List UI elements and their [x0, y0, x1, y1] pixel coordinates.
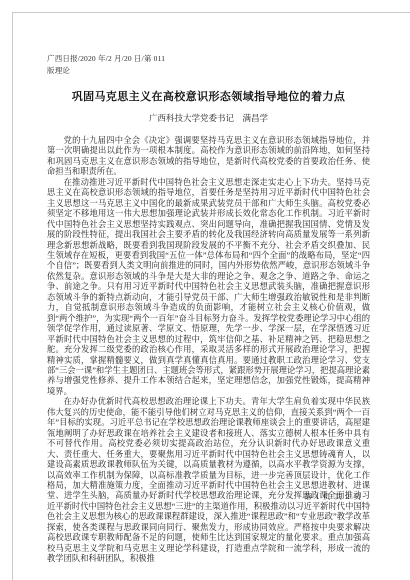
- page-edge-top-line: [12, 12, 410, 13]
- page-number: 第 1 页 共 2 页: [304, 491, 362, 502]
- paragraph: 在推动推进习近平新时代中国特色社会主义思想走深走实走心上下功夫。坚持马克思主义在…: [47, 178, 370, 398]
- paragraph: 在办好办优新时代高校思想政治理论课上下功夫。青年大学生肩负着实现中华民族伟大复兴…: [47, 397, 370, 564]
- document-page: 广西日报/2020 年/2 月/20 日/第 011 版理论 巩固马克思主义在高…: [0, 0, 410, 580]
- article-byline: 广西科技大学党委书记 满昌学: [47, 112, 370, 124]
- page-edge-left-line: [12, 12, 13, 580]
- article-title: 巩固马克思主义在高校意识形态领域指导地位的着力点: [47, 88, 370, 104]
- source-line-1: 广西日报/2020 年/2 月/20 日/第 011: [47, 53, 165, 65]
- source-info: 广西日报/2020 年/2 月/20 日/第 011 版理论: [47, 53, 165, 76]
- paragraph: 党的十九届四中全会《决定》强调要坚持马克思主义在意识形态领域指导地位，并第一次明…: [47, 136, 370, 178]
- source-line-2: 版理论: [47, 65, 165, 77]
